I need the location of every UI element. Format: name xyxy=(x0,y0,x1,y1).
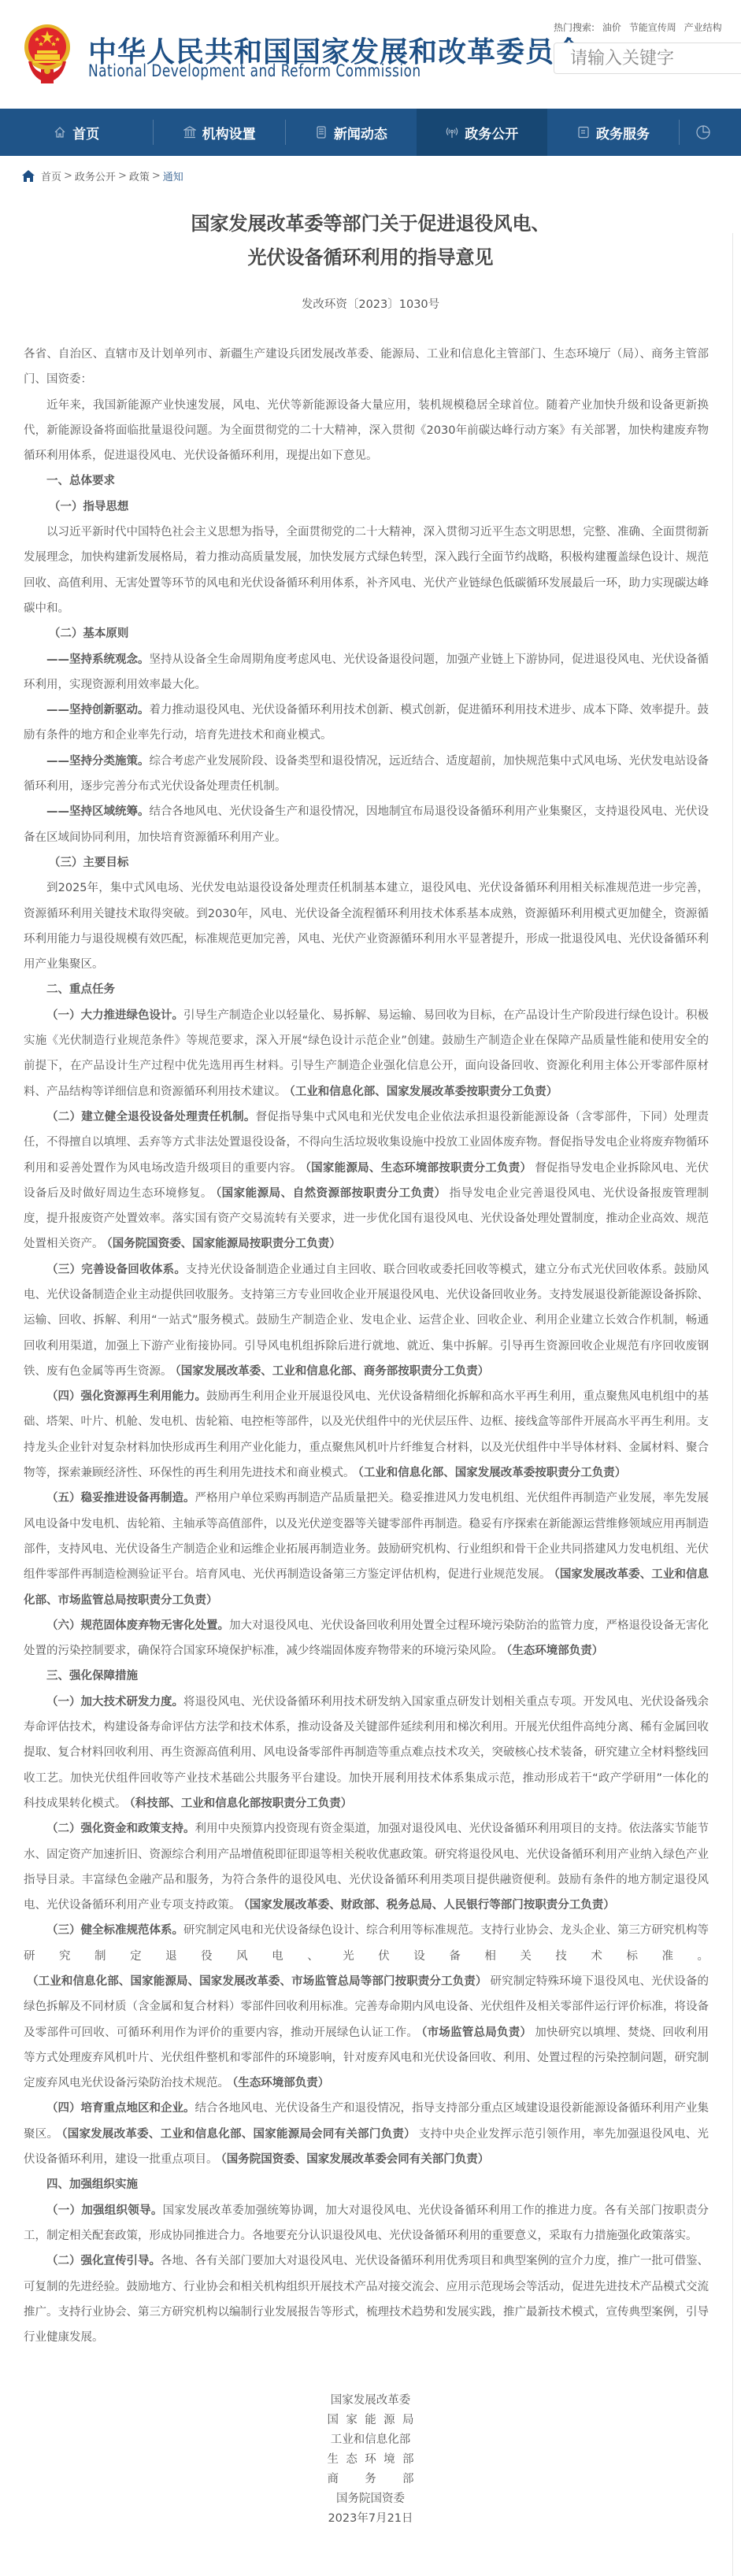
task-lead: （四）强化资源再生利用能力。 xyxy=(46,1390,206,1403)
site-header: 中华人民共和国国家发展和改革委员会 National Development a… xyxy=(0,0,741,109)
breadcrumb-item-notice[interactable]: 通知 xyxy=(163,168,183,183)
nav-item-institutions[interactable]: 机构设置 xyxy=(154,109,286,156)
task-paragraph: （四）强化资源再生利用能力。鼓励再生利用企业开展退役风电、光伏设备精细化拆解和高… xyxy=(24,1384,709,1486)
section-heading: 一、总体要求 xyxy=(24,468,709,494)
paragraph: 到2025年，集中式风电场、光伏发电站退役设备处理责任机制基本建立，退役风电、光… xyxy=(24,875,709,977)
subsection-heading: （三）主要目标 xyxy=(24,850,709,875)
responsible-departments: （国务院国资委、国家发展改革委会同有关部门负责） xyxy=(221,2153,490,2166)
nav-label: 新闻动态 xyxy=(334,123,387,142)
nav-item-data[interactable] xyxy=(680,109,741,156)
national-emblem-icon[interactable] xyxy=(24,24,71,85)
responsible-departments: （工业和信息化部、国家发展改革委按职责分工负责） xyxy=(358,1467,627,1479)
task-lead: （一）加大技术研发力度。 xyxy=(46,1696,183,1708)
principle-lead: ——坚持创新驱动。 xyxy=(46,704,150,716)
task-lead: （三）完善设备回收体系。 xyxy=(46,1264,186,1276)
task-paragraph: （五）稳妥推进设备再制造。严格用户单位采购再制造产品质量把关。稳妥推进风力发电机… xyxy=(24,1486,709,1612)
sidebar-divider xyxy=(732,233,733,2576)
home-icon[interactable] xyxy=(22,170,35,182)
subsection-heading: （二）基本原则 xyxy=(24,621,709,646)
hot-search-label: 热门搜索: xyxy=(554,22,595,33)
nav-item-home[interactable]: 首页 xyxy=(0,109,154,156)
search-box xyxy=(554,43,741,74)
addressee: 各省、自治区、直辖市及计划单列市、新疆生产建设兵团发展改革委、能源局、工业和信息… xyxy=(24,342,709,393)
principle-lead: ——坚持区域统筹。 xyxy=(46,805,150,818)
task-paragraph: （四）培育重点地区和企业。结合各地风电、光伏设备生产和退役情况，指导支持部分重点… xyxy=(24,2096,709,2172)
issuer: 国家能源局 xyxy=(328,2411,414,2430)
responsible-departments: （市场监管总局负责） xyxy=(421,2026,532,2039)
task-lead: （一）大力推进绿色设计。 xyxy=(46,1009,183,1022)
breadcrumb-separator: > xyxy=(64,170,72,182)
hot-search-item[interactable]: 节能宣传周 xyxy=(629,22,676,33)
nav-item-services[interactable]: 政务服务 xyxy=(547,109,679,156)
breadcrumb: 首页 > 政务公开 > 政策 > 通知 xyxy=(0,156,741,195)
issuer: 商务部 xyxy=(328,2470,414,2489)
responsible-departments: （国家能源局、生态环境部按职责分工负责） xyxy=(306,1162,532,1175)
task-text: 支持光伏设备制造企业通过自主回收、联合回收或委托回收等模式，建立分布式光伏回收体… xyxy=(24,1264,709,1378)
home-icon xyxy=(54,126,66,139)
task-paragraph: （一）大力推进绿色设计。引导生产制造企业以轻量化、易拆解、易运输、易回收为目标，… xyxy=(24,1003,709,1105)
nav-item-news[interactable]: 新闻动态 xyxy=(286,109,417,156)
responsible-departments: （国家发展改革委、工业和信息化部、国家能源局会同有关部门负责） xyxy=(61,2128,416,2141)
issuer: 国务院国资委 xyxy=(328,2489,414,2509)
issuer: 国家发展改革委 xyxy=(328,2391,414,2411)
task-list: （一）加大技术研发力度。将退役风电、光伏设备循环利用技术研发纳入国家重点研发计划… xyxy=(24,1690,709,2173)
responsible-departments: （生态环境部负责） xyxy=(232,2077,329,2089)
article-container: 国家发展改革委等部门关于促进退役风电、 光伏设备循环利用的指导意见 发改环资〔2… xyxy=(0,195,741,2576)
site-title-en: National Development and Reform Commissi… xyxy=(88,61,421,81)
paragraph: 以习近平新时代中国特色社会主义思想为指导，全面贯彻党的二十大精神，深入贯彻习近平… xyxy=(24,520,709,621)
breadcrumb-separator: > xyxy=(152,170,161,182)
nav-label: 首页 xyxy=(72,123,99,142)
responsible-departments: （科技部、工业和信息化部按职责分工负责） xyxy=(130,1797,353,1810)
hot-search-item[interactable]: 油价 xyxy=(602,22,621,33)
nav-label: 政务公开 xyxy=(465,123,518,142)
document-number: 发改环资〔2023〕1030号 xyxy=(0,295,741,312)
responsible-departments: （生态环境部负责） xyxy=(506,1645,603,1657)
task-lead: （五）稳妥推进设备再制造。 xyxy=(46,1492,195,1505)
responsible-departments: （国家发展改革委、财政部、税务总局、人民银行等部门按职责分工负责） xyxy=(244,1899,615,1912)
article-title: 国家发展改革委等部门关于促进退役风电、 光伏设备循环利用的指导意见 xyxy=(0,195,741,275)
principle-paragraph: ——坚持分类施策。综合考虑产业发展阶段、设备类型和退役情况，远近结合、适度超前，… xyxy=(24,749,709,800)
breadcrumb-item-home[interactable]: 首页 xyxy=(41,168,61,183)
task-lead: （一）加强组织领导。 xyxy=(46,2204,163,2217)
task-paragraph: （一）加大技术研发力度。将退役风电、光伏设备循环利用技术研发纳入国家重点研发计划… xyxy=(24,1690,709,1816)
subsection-heading: （一）指导思想 xyxy=(24,494,709,520)
responsible-departments: （工业和信息化部、国家能源局、国家发展改革委、市场监管总局等部门按职责分工负责） xyxy=(27,1975,487,1988)
task-paragraph: （二）强化宣传引导。各地、各有关部门要加大对退役风电、光伏设备循环利用优秀项目和… xyxy=(24,2248,709,2350)
breadcrumb-separator: > xyxy=(118,170,127,182)
hot-search: 热门搜索: 油价 节能宣传周 产业结构 xyxy=(554,20,727,34)
article-body: 各省、自治区、直辖市及计划单列市、新疆生产建设兵团发展改革委、能源局、工业和信息… xyxy=(0,312,709,2350)
main-nav: 首页 机构设置 新闻动态 政务公开 政务服务 xyxy=(0,109,741,156)
chart-icon xyxy=(695,124,711,140)
institution-icon xyxy=(183,126,196,139)
article-title-line: 光伏设备循环利用的指导意见 xyxy=(0,241,741,275)
issuer: 工业和信息化部 xyxy=(328,2430,414,2450)
section-heading: 四、加强组织实施 xyxy=(24,2172,709,2197)
task-paragraph: （一）加强组织领导。国家发展改革委加强统筹协调，加大对退役风电、光伏设备循环利用… xyxy=(24,2198,709,2249)
issuer: 生态环境部 xyxy=(328,2450,414,2470)
task-list: （一）大力推进绿色设计。引导生产制造企业以轻量化、易拆解、易运输、易回收为目标，… xyxy=(24,1003,709,1664)
responsible-departments: （国家能源局、自然资源部按职责分工负责） xyxy=(216,1187,446,1200)
responsible-departments: （工业和信息化部、国家发展改革委按职责分工负责） xyxy=(290,1086,558,1098)
broadcast-icon xyxy=(446,126,458,139)
nav-item-public-affairs[interactable]: 政务公开 xyxy=(417,109,547,156)
nav-label: 机构设置 xyxy=(202,123,256,142)
task-lead: （二）强化资金和政策支持。 xyxy=(46,1823,195,1835)
signature-block: 国家发展改革委 国家能源局 工业和信息化部 生态环境部 商务部 国务院国资委 2… xyxy=(0,2391,741,2576)
task-paragraph: （三）完善设备回收体系。支持光伏设备制造企业通过自主回收、联合回收或委托回收等模… xyxy=(24,1257,709,1384)
task-list: （一）加强组织领导。国家发展改革委加强统筹协调，加大对退役风电、光伏设备循环利用… xyxy=(24,2198,709,2351)
task-paragraph: （二）建立健全退役设备处理责任机制。督促指导集中式风电和光伏发电企业依法承担退役… xyxy=(24,1105,709,1257)
principle-lead: ——坚持分类施策。 xyxy=(46,755,150,768)
breadcrumb-item-policy[interactable]: 政策 xyxy=(129,168,150,183)
search-input[interactable] xyxy=(554,43,741,73)
principle-paragraph: ——坚持创新驱动。着力推动退役风电、光伏设备循环利用技术创新、模式创新，促进循环… xyxy=(24,698,709,749)
section-heading: 二、重点任务 xyxy=(24,977,709,1002)
issue-date: 2023年7月21日 xyxy=(328,2509,414,2529)
task-paragraph: （三）健全标准规范体系。研究制定风电和光伏设备绿色设计、综合利用等标准规范。支持… xyxy=(24,1918,709,2096)
breadcrumb-item-public-affairs[interactable]: 政务公开 xyxy=(75,168,116,183)
task-lead: （二）强化宣传引导。 xyxy=(46,2255,161,2267)
responsible-departments: （国务院国资委、国家能源局按职责分工负责） xyxy=(107,1238,341,1250)
task-paragraph: （二）强化资金和政策支持。利用中央预算内投资现有资金渠道，加强对退役风电、光伏设… xyxy=(24,1816,709,1918)
intro-paragraph: 近年来，我国新能源产业快速发展，风电、光伏等新能源设备大量应用，装机规模稳居全球… xyxy=(24,393,709,469)
news-icon xyxy=(315,126,328,139)
task-lead: （四）培育重点地区和企业。 xyxy=(46,2102,195,2115)
document-icon xyxy=(577,126,590,139)
task-lead: （二）建立健全退役设备处理责任机制。 xyxy=(46,1111,256,1123)
principle-paragraph: ——坚持系统观念。坚持从设备全生命周期角度考虑风电、光伏设备退役问题，加强产业链… xyxy=(24,647,709,698)
task-text: 将退役风电、光伏设备循环利用技术研发纳入国家重点研发计划相关重点专项。开发风电、… xyxy=(24,1696,709,1810)
task-text: 各地、各有关部门要加大对退役风电、光伏设备循环利用优秀项目和典型案例的宣介力度，… xyxy=(24,2255,709,2344)
responsible-departments: （国家发展改革委、工业和信息化部、商务部按职责分工负责） xyxy=(176,1365,490,1378)
task-paragraph: （六）规范固体废弃物无害化处置。加大对退役风电、光伏设备回收利用处置全过程环境污… xyxy=(24,1613,709,1664)
principle-lead: ——坚持系统观念。 xyxy=(46,653,150,666)
section-heading: 三、强化保障措施 xyxy=(24,1664,709,1689)
task-lead: （六）规范固体废弃物无害化处置。 xyxy=(46,1619,229,1632)
task-text: 引导生产制造企业以轻量化、易拆解、易运输、易回收为目标，在产品设计生产阶段进行绿… xyxy=(24,1009,709,1098)
article-title-line: 国家发展改革委等部门关于促进退役风电、 xyxy=(0,207,741,241)
task-lead: （三）健全标准规范体系。 xyxy=(46,1924,183,1937)
principle-paragraph: ——坚持区域统筹。结合各地风电、光伏设备生产和退役情况，因地制宜布局退役设备循环… xyxy=(24,799,709,850)
hot-search-item[interactable]: 产业结构 xyxy=(684,22,722,33)
nav-label: 政务服务 xyxy=(596,123,650,142)
